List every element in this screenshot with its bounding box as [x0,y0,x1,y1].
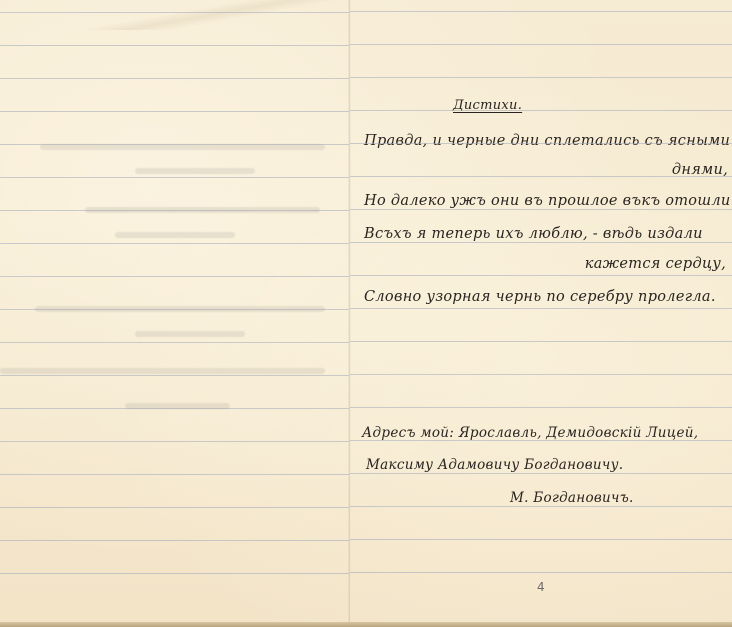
poem-line-5: кажется сердцу, [585,256,726,272]
poem-line-1: Правда, и черные дни сплетались съ ясным… [364,133,730,149]
ruled-line [350,506,732,507]
ruled-line [0,375,349,376]
ruled-line [350,77,732,78]
poem-line-6: Словно узорная чернь по серебру пролегла… [364,289,716,305]
ruled-line [350,44,732,45]
bleed-through-handwriting [40,144,325,150]
page-number: 4 [537,580,545,594]
ruled-line [350,407,732,408]
ruled-line [350,242,732,243]
address-line-1: Адресъ мой: Ярославль, Демидовскій Лицей… [362,425,698,441]
right-page: Дистихи. Правда, и черные дни сплетались… [350,0,732,627]
bleed-through-handwriting [135,168,255,174]
bleed-through-handwriting [85,207,320,213]
paper-bottom-edge [0,622,732,627]
ruled-line [350,539,732,540]
ruled-line [0,474,349,475]
ruled-line [0,573,349,574]
ruled-line [0,111,349,112]
poem-line-4: Всъхъ я теперь ихъ люблю, - вѣдь издали [364,226,703,242]
ruled-line [350,374,732,375]
ruled-line [350,209,732,210]
bleed-through-handwriting [135,331,245,337]
ruled-line [350,143,732,144]
ruled-line [0,78,349,79]
signature: М. Богдановичъ. [510,490,634,506]
bleed-through-handwriting [35,306,325,312]
left-page [0,0,349,627]
ruled-line [350,473,732,474]
ruled-line [0,177,349,178]
ruled-line [350,341,732,342]
ruled-line [0,243,349,244]
bleed-through-handwriting [0,368,325,374]
bleed-through-handwriting [125,403,230,409]
ruled-line [350,308,732,309]
ruled-line [350,275,732,276]
ruled-line [0,441,349,442]
ruled-line [350,572,732,573]
ruled-line [350,440,732,441]
ruled-line [350,11,732,12]
ruled-line [0,12,349,13]
poem-line-3: Но далеко ужъ они въ прошлое въкъ отошли… [364,193,732,209]
ruled-line [0,342,349,343]
ruled-line [0,507,349,508]
ruled-line [0,45,349,46]
ruled-line [0,540,349,541]
bleed-through-handwriting [115,232,235,238]
paper-crease [60,0,360,30]
ruled-line [350,110,732,111]
address-line-2: Максиму Адамовичу Богдановичу. [366,457,623,473]
ruled-line [0,276,349,277]
ruled-line [350,176,732,177]
letter-sheet: Дистихи. Правда, и черные дни сплетались… [0,0,732,627]
